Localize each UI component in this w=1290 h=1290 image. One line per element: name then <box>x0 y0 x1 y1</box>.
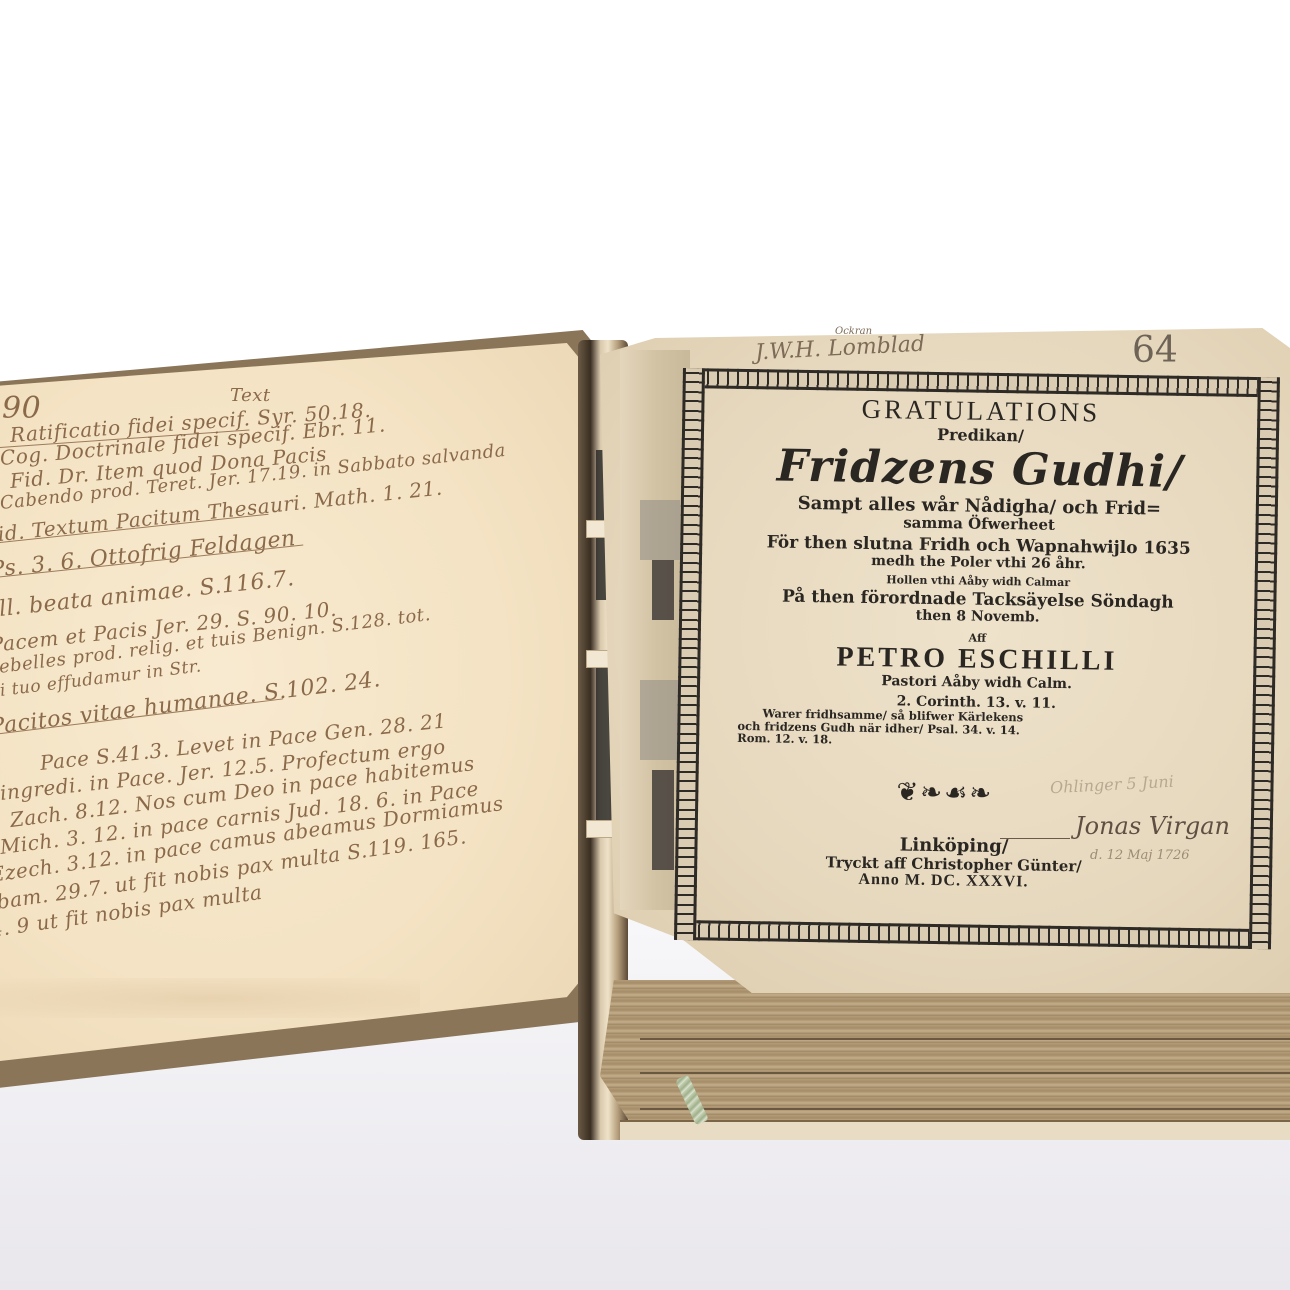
shelf-number: 64 <box>1132 330 1178 371</box>
edge-line <box>640 1072 1290 1074</box>
signature-date: d. 12 Maj 1726 <box>1090 848 1190 863</box>
title-main: Fridzens Gudhi/ <box>711 442 1249 499</box>
text-heading: Text <box>230 385 271 406</box>
edge-line <box>640 1038 1290 1040</box>
repair-patch <box>640 680 680 760</box>
small-inscription: Ockran <box>835 326 872 337</box>
repair-patch <box>640 500 680 560</box>
sewing-band <box>586 820 614 838</box>
manuscript-notes: 90 Text Ratificatio fidei specif. Syr. 5… <box>0 343 585 1078</box>
book-photo-scene: 90 Text Ratificatio fidei specif. Syr. 5… <box>0 0 1290 1290</box>
left-endpaper: 90 Text Ratificatio fidei specif. Syr. 5… <box>0 343 585 1078</box>
signature-flourish <box>1000 838 1070 839</box>
exposed-spine <box>652 770 674 870</box>
signature: Jonas Virgan <box>1075 812 1230 840</box>
back-board <box>620 1120 1290 1140</box>
edge-line <box>640 1108 1290 1110</box>
exposed-spine <box>652 560 674 620</box>
